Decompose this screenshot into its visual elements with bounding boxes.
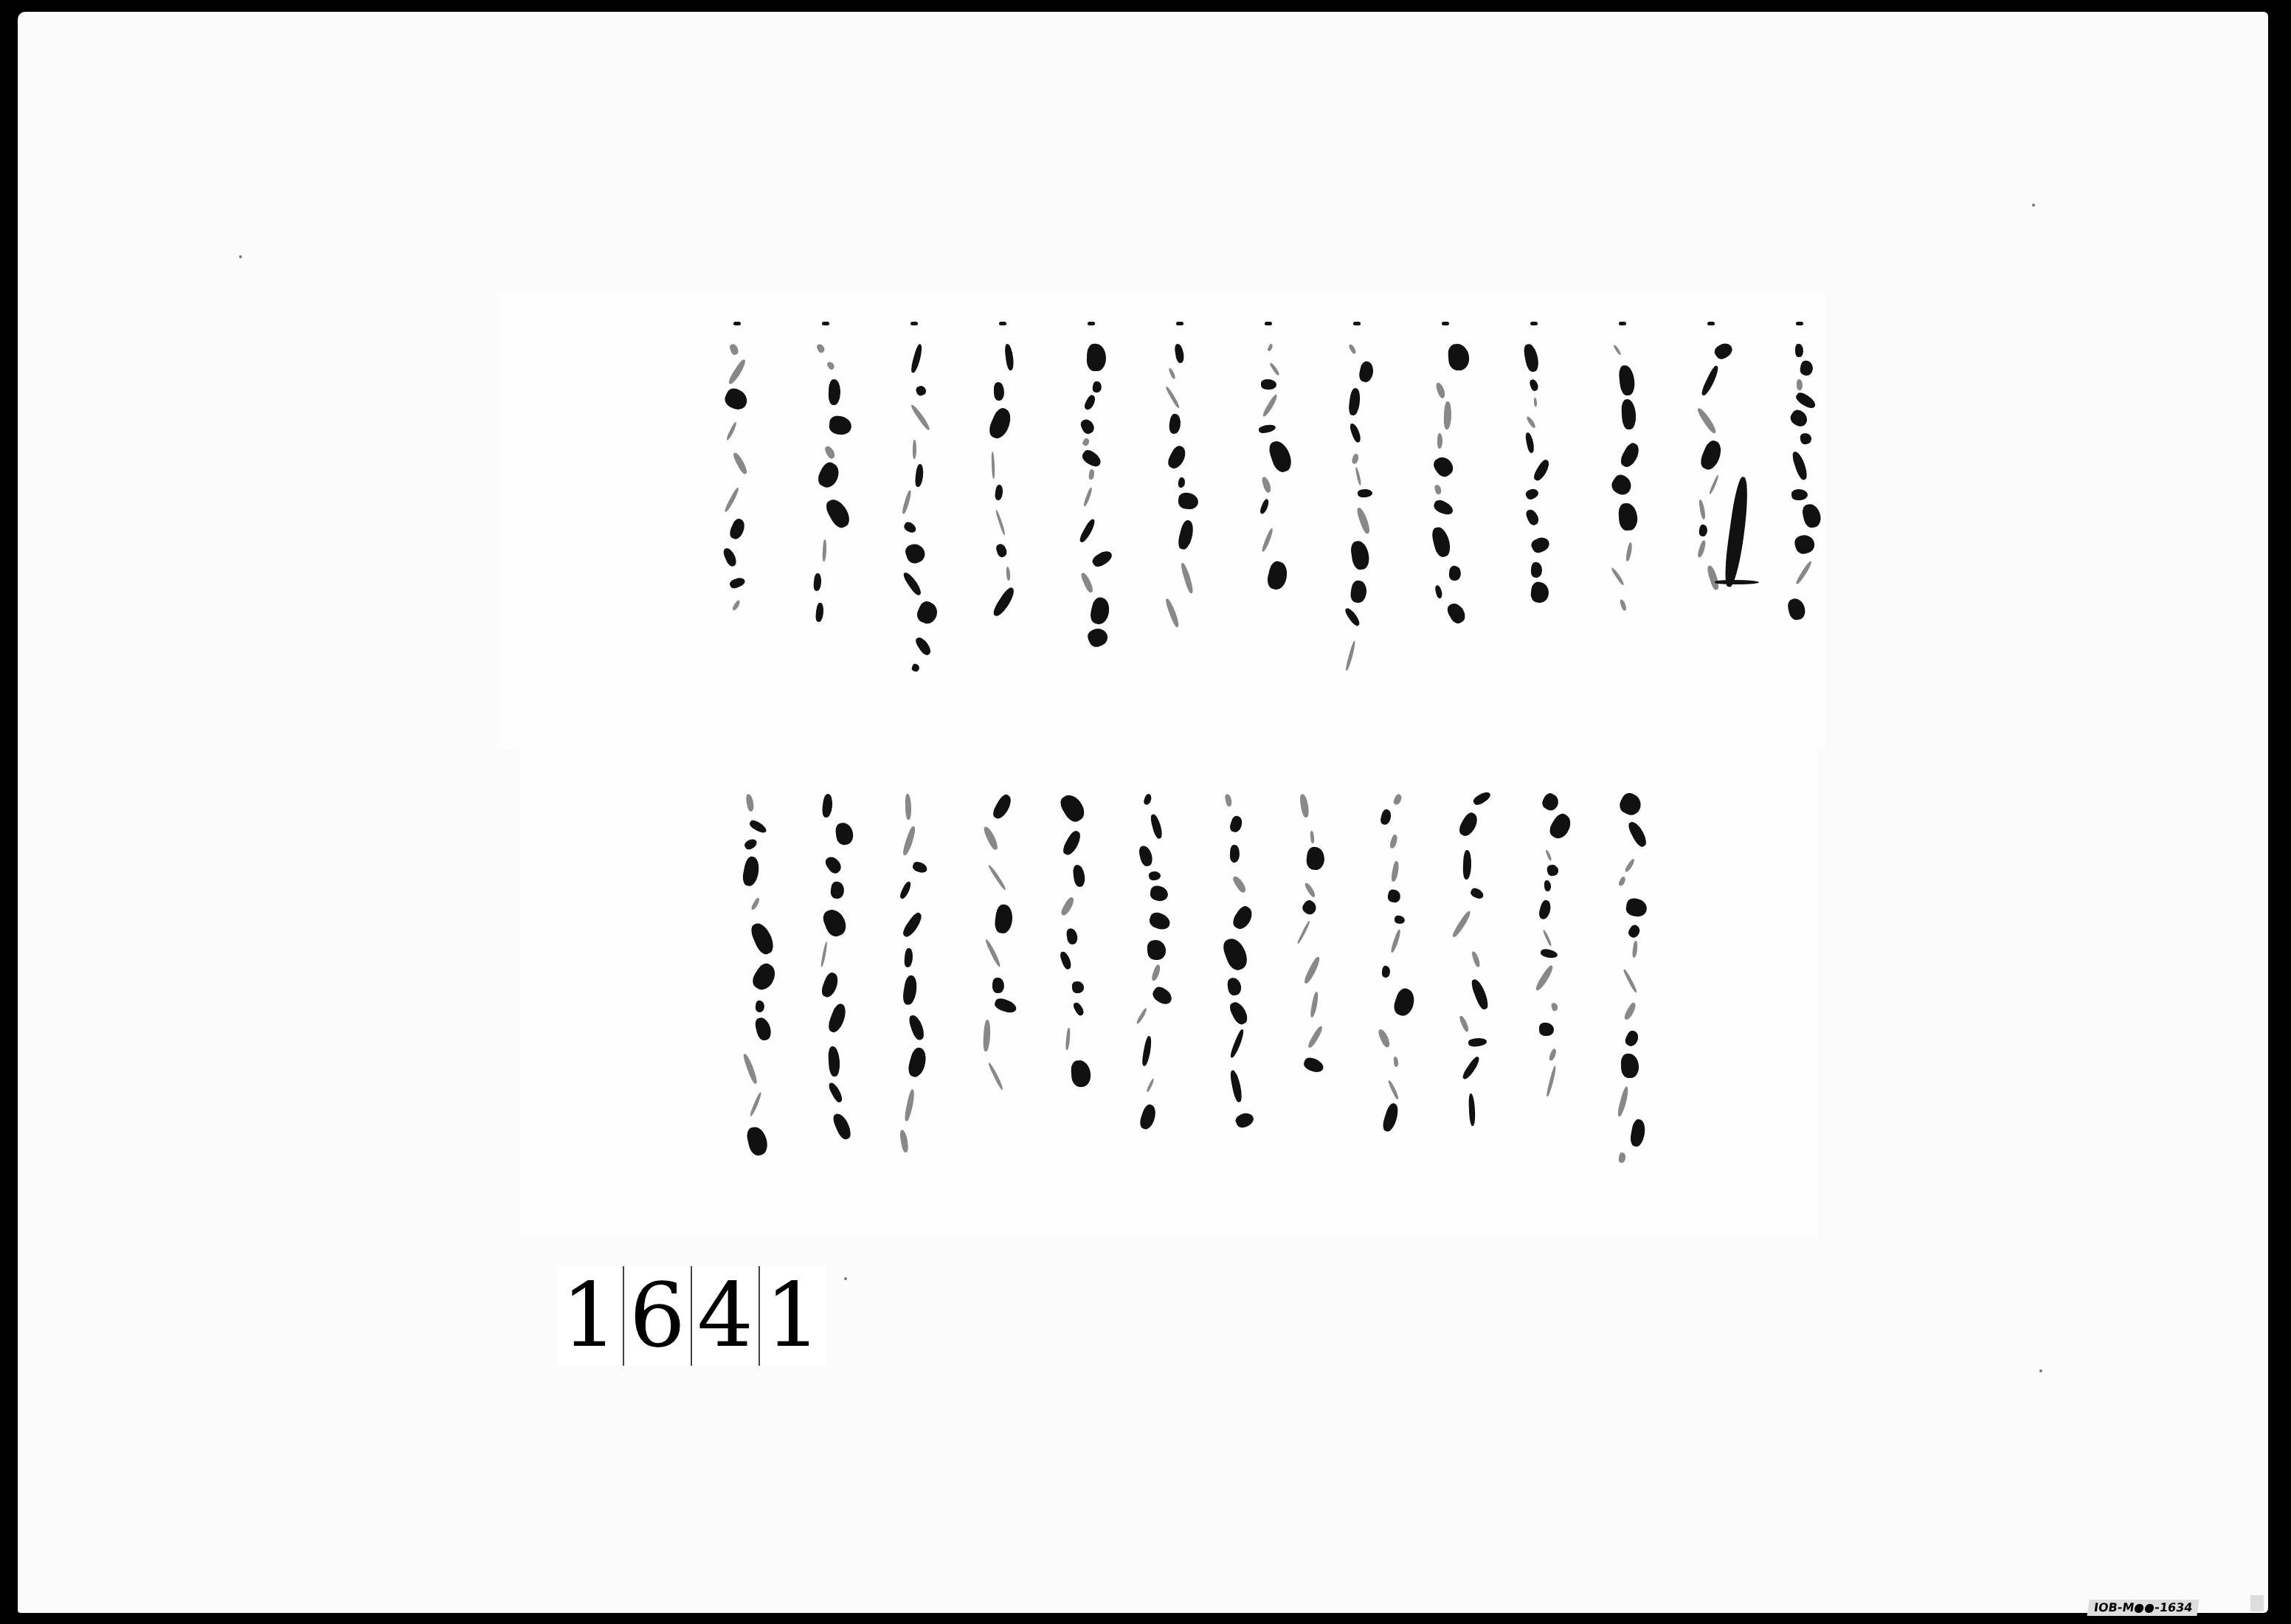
calligraphy-stroke	[1530, 581, 1550, 604]
calligraphy-stroke	[1164, 598, 1181, 628]
calligraphy-stroke	[1358, 488, 1373, 497]
calligraphy-stroke	[903, 1089, 916, 1122]
calligraphy-stroke	[748, 818, 768, 835]
upper-text-block	[497, 292, 1825, 750]
calligraphy-stroke	[732, 452, 749, 476]
calligraphy-stroke	[1229, 845, 1240, 863]
calligraphy-stroke	[1168, 413, 1182, 435]
calligraphy-stroke	[1310, 992, 1320, 1018]
calligraphy-stroke	[1443, 401, 1452, 429]
calligraphy-stroke	[1229, 1029, 1245, 1059]
column-bullet	[1353, 322, 1361, 325]
calligraphy-stroke	[1006, 567, 1011, 581]
calligraphy-stroke	[1611, 567, 1625, 586]
calligraphy-stroke	[991, 586, 1017, 618]
calligraphy-stroke	[1138, 1103, 1158, 1132]
calligraphy-stroke	[1451, 910, 1472, 939]
calligraphy-stroke	[1432, 498, 1455, 516]
calligraphy-stroke	[1136, 1007, 1148, 1024]
calligraphy-stroke	[906, 1046, 929, 1079]
calligraphy-stroke	[905, 794, 911, 820]
calligraphy-stroke	[1538, 899, 1553, 920]
calligraphy-stroke	[1791, 488, 1808, 500]
calligraphy-stroke	[915, 384, 927, 397]
calligraphy-stroke	[813, 573, 822, 592]
calligraphy-stroke	[982, 1019, 991, 1051]
column-bullet	[1088, 322, 1095, 325]
calligraphy-stroke	[1178, 492, 1200, 510]
calligraphy-stroke	[1618, 440, 1642, 469]
calligraphy-stroke	[1224, 793, 1232, 806]
calligraphy-stroke	[1468, 1037, 1487, 1048]
calligraphy-stroke	[1349, 422, 1363, 443]
calligraphy-stroke	[1147, 940, 1166, 961]
calligraphy-stroke	[724, 487, 741, 513]
calligraphy-stroke	[829, 881, 845, 899]
calligraphy-stroke	[1471, 950, 1481, 967]
calligraphy-stroke	[821, 793, 834, 818]
calligraphy-stroke	[1525, 432, 1535, 454]
title-glyph-tail	[1715, 580, 1759, 584]
calligraphy-stroke	[1547, 864, 1560, 877]
calligraphy-stroke	[986, 406, 1015, 441]
calligraphy-stroke	[902, 520, 918, 534]
calligraphy-stroke	[1174, 343, 1184, 363]
calligraphy-stroke	[1795, 560, 1813, 584]
calligraphy-stroke	[1088, 596, 1111, 626]
calligraphy-stroke	[1618, 1152, 1626, 1164]
calligraphy-stroke	[1004, 344, 1015, 371]
calligraphy-stroke	[899, 1130, 910, 1153]
calligraphy-stroke	[899, 880, 913, 899]
calligraphy-stroke	[904, 542, 927, 565]
calligraphy-stroke	[1625, 897, 1648, 918]
calligraphy-stroke	[1149, 885, 1169, 902]
calligraphy-stroke	[1092, 381, 1102, 393]
calligraphy-stroke	[1230, 904, 1256, 933]
calligraphy-stroke	[1626, 819, 1648, 848]
calligraphy-stroke	[994, 382, 1004, 401]
calligraphy-stroke	[820, 907, 849, 940]
calligraphy-stroke	[1788, 407, 1810, 429]
calligraphy-stroke	[1696, 407, 1718, 435]
calligraphy-stroke	[816, 343, 826, 354]
column-bullet	[822, 322, 829, 325]
calligraphy-stroke	[1138, 844, 1154, 867]
calligraphy-stroke	[828, 1046, 840, 1077]
calligraphy-stroke	[1623, 1002, 1637, 1021]
calligraphy-stroke	[1623, 969, 1637, 993]
calligraphy-stroke	[828, 379, 841, 404]
calligraphy-stroke	[834, 822, 854, 846]
calligraphy-stroke	[1261, 528, 1274, 553]
calligraphy-stroke	[823, 854, 843, 875]
calligraphy-stroke	[1448, 343, 1470, 370]
calligraphy-stroke	[910, 404, 931, 432]
calligraphy-stroke	[728, 359, 748, 385]
calligraphy-stroke	[1073, 865, 1087, 888]
calligraphy-stroke	[1347, 387, 1361, 415]
calligraphy-stroke	[995, 485, 1004, 501]
calligraphy-stroke	[1299, 793, 1310, 818]
calligraphy-stroke	[1348, 343, 1357, 354]
column-bullet	[733, 322, 741, 325]
frame-digit: 4	[692, 1266, 760, 1366]
calligraphy-stroke	[1629, 1119, 1647, 1147]
calligraphy-stroke	[1072, 1001, 1085, 1017]
calligraphy-stroke	[1786, 597, 1807, 621]
calligraphy-stroke	[722, 386, 750, 412]
calligraphy-stroke	[1083, 394, 1097, 411]
calligraphy-stroke	[1625, 542, 1633, 562]
calligraphy-stroke	[1469, 886, 1485, 900]
calligraphy-stroke	[1176, 519, 1195, 550]
calligraphy-stroke	[1794, 390, 1817, 410]
calligraphy-stroke	[1265, 559, 1290, 591]
calligraphy-stroke	[1462, 850, 1472, 880]
calligraphy-stroke	[1801, 502, 1822, 529]
calligraphy-stroke	[1621, 1054, 1639, 1078]
calligraphy-stroke	[1529, 379, 1539, 392]
calligraphy-stroke	[750, 897, 761, 911]
calligraphy-stroke	[819, 971, 840, 1000]
calligraphy-stroke	[1540, 949, 1558, 959]
calligraphy-stroke	[1079, 417, 1096, 435]
calligraphy-stroke	[743, 837, 759, 851]
calligraphy-stroke	[1797, 379, 1803, 390]
column-bullet	[999, 322, 1006, 325]
column-bullet	[1442, 322, 1449, 325]
calligraphy-stroke	[1459, 1015, 1470, 1033]
calligraphy-stroke	[1624, 1029, 1641, 1047]
calligraphy-stroke	[1228, 1000, 1250, 1026]
calligraphy-stroke	[992, 978, 1004, 994]
calligraphy-stroke	[1699, 500, 1706, 519]
calligraphy-stroke	[910, 663, 919, 672]
calligraphy-stroke	[725, 421, 738, 441]
calligraphy-stroke	[1699, 524, 1708, 536]
calligraphy-stroke	[1057, 791, 1088, 825]
calligraphy-stroke	[1713, 340, 1735, 362]
calligraphy-stroke	[1706, 564, 1720, 591]
calligraphy-stroke	[1307, 1025, 1324, 1048]
calligraphy-stroke	[831, 1111, 853, 1141]
calligraphy-stroke	[1539, 1023, 1555, 1037]
calligraphy-stroke	[1540, 791, 1561, 813]
calligraphy-stroke	[1310, 831, 1314, 843]
calligraphy-stroke	[1626, 924, 1642, 940]
calligraphy-stroke	[755, 1001, 764, 1013]
calligraphy-stroke	[994, 904, 1015, 935]
calligraphy-stroke	[1350, 539, 1371, 570]
calligraphy-stroke	[1391, 987, 1417, 1018]
calligraphy-stroke	[1258, 423, 1276, 434]
calligraphy-stroke	[728, 576, 746, 590]
calligraphy-stroke	[1260, 477, 1271, 494]
calligraphy-stroke	[1302, 956, 1322, 985]
calligraphy-stroke	[1608, 472, 1635, 498]
calligraphy-stroke	[742, 1053, 758, 1085]
calligraphy-stroke	[1431, 525, 1452, 559]
calligraphy-stroke	[1632, 941, 1639, 958]
calligraphy-stroke	[1168, 367, 1176, 380]
calligraphy-stroke	[995, 509, 1006, 536]
calligraphy-stroke	[1082, 487, 1093, 507]
calligraphy-stroke	[1087, 343, 1107, 371]
calligraphy-stroke	[1080, 571, 1095, 594]
calligraphy-stroke	[1229, 1070, 1243, 1103]
calligraphy-stroke	[1468, 1093, 1476, 1126]
calligraphy-stroke	[913, 635, 933, 657]
calligraphy-stroke	[995, 543, 1009, 559]
calligraphy-stroke	[1166, 444, 1189, 471]
calligraphy-stroke	[901, 911, 925, 939]
calligraphy-stroke	[1551, 1002, 1559, 1012]
calligraphy-stroke	[745, 793, 755, 812]
calligraphy-stroke	[1437, 432, 1442, 448]
calligraphy-stroke	[1457, 811, 1481, 839]
calligraphy-stroke	[901, 975, 919, 1006]
calligraphy-stroke	[1530, 562, 1543, 578]
calligraphy-stroke	[1061, 829, 1084, 857]
calligraphy-stroke	[1378, 1029, 1392, 1049]
calligraphy-stroke	[1617, 876, 1627, 887]
calligraphy-stroke	[826, 360, 836, 370]
calligraphy-stroke	[1148, 870, 1161, 880]
calligraphy-stroke	[1618, 364, 1636, 396]
calligraphy-stroke	[991, 452, 995, 479]
calligraphy-stroke	[741, 855, 761, 887]
calligraphy-stroke	[1231, 874, 1248, 894]
calligraphy-stroke	[1522, 343, 1540, 373]
calligraphy-stroke	[1393, 1057, 1398, 1067]
frame-digit: 6	[624, 1266, 692, 1366]
calligraphy-stroke	[829, 415, 852, 435]
calligraphy-stroke	[913, 440, 916, 459]
calligraphy-stroke	[1531, 458, 1551, 483]
calligraphy-stroke	[914, 463, 925, 487]
calligraphy-stroke	[1141, 1035, 1154, 1066]
calligraphy-stroke	[1534, 398, 1538, 407]
calligraphy-stroke	[1434, 484, 1442, 495]
calligraphy-stroke	[1624, 858, 1636, 873]
calligraphy-stroke	[1180, 562, 1195, 595]
calligraphy-stroke	[1150, 985, 1175, 1008]
calligraphy-stroke	[753, 1017, 772, 1043]
calligraphy-stroke	[1088, 469, 1095, 480]
calligraphy-stroke	[1524, 487, 1540, 501]
calligraphy-stroke	[1534, 964, 1555, 992]
calligraphy-stroke	[1304, 881, 1316, 897]
calligraphy-stroke	[1525, 415, 1536, 429]
calligraphy-stroke	[1617, 1085, 1631, 1116]
calligraphy-stroke	[1080, 448, 1104, 469]
calligraphy-stroke	[1394, 915, 1405, 924]
calligraphy-stroke	[1150, 813, 1164, 840]
calligraphy-stroke	[1390, 929, 1402, 953]
calligraphy-stroke	[1700, 364, 1721, 397]
calligraphy-stroke	[1072, 981, 1085, 994]
calligraphy-stroke	[1381, 966, 1391, 978]
calligraphy-stroke	[1545, 849, 1552, 861]
calligraphy-stroke	[1795, 344, 1803, 357]
calligraphy-stroke	[910, 343, 925, 373]
calligraphy-stroke	[1800, 432, 1813, 445]
calligraphy-stroke	[1618, 502, 1638, 531]
calligraphy-stroke	[1234, 1110, 1256, 1130]
calligraphy-stroke	[1431, 454, 1456, 480]
document-sheet: 1 6 4 1	[18, 12, 2268, 1613]
calligraphy-stroke	[911, 860, 928, 874]
calligraphy-stroke	[1448, 565, 1462, 581]
calligraphy-stroke	[1698, 438, 1724, 471]
column-bullet	[1707, 322, 1715, 325]
calligraphy-stroke	[1390, 861, 1400, 882]
calligraphy-stroke	[1302, 1056, 1325, 1074]
calligraphy-stroke	[1709, 474, 1720, 494]
calligraphy-stroke	[1090, 548, 1114, 570]
calligraphy-stroke	[982, 826, 999, 851]
calligraphy-stroke	[822, 539, 827, 562]
frame-digit: 1	[556, 1266, 624, 1366]
calligraphy-stroke	[1445, 601, 1468, 626]
calligraphy-stroke	[1545, 1065, 1557, 1097]
calligraphy-stroke	[1269, 362, 1280, 376]
calligraphy-stroke	[901, 490, 912, 515]
calligraphy-stroke	[1143, 793, 1153, 806]
calligraphy-stroke	[1220, 935, 1250, 972]
calligraphy-stroke	[1078, 517, 1097, 543]
lower-text-block	[519, 750, 1818, 1237]
speck	[2032, 204, 2035, 207]
calligraphy-stroke	[1793, 533, 1817, 556]
calligraphy-stroke	[1345, 640, 1358, 671]
calligraphy-stroke	[1356, 507, 1372, 535]
calligraphy-stroke	[1059, 950, 1073, 971]
column-bullet	[1619, 322, 1626, 325]
calligraphy-stroke	[827, 1081, 844, 1103]
calligraphy-stroke	[823, 496, 854, 531]
calligraphy-stroke	[1066, 927, 1079, 945]
calligraphy-stroke	[1147, 911, 1172, 931]
calligraphy-stroke	[1165, 386, 1181, 409]
calligraphy-stroke	[1697, 539, 1707, 558]
speck	[2039, 1369, 2042, 1372]
calligraphy-stroke	[749, 920, 777, 956]
calligraphy-stroke	[1617, 790, 1644, 818]
calligraphy-stroke	[1228, 815, 1243, 834]
calligraphy-stroke	[1301, 898, 1319, 916]
calligraphy-stroke	[987, 1062, 1003, 1091]
calligraphy-stroke	[1145, 1078, 1155, 1093]
calligraphy-stroke	[1260, 379, 1276, 390]
column-bullet	[910, 322, 918, 325]
calligraphy-stroke	[1344, 607, 1361, 627]
calligraphy-stroke	[1259, 499, 1270, 515]
calligraphy-stroke	[914, 599, 941, 627]
calligraphy-stroke	[722, 547, 739, 568]
calligraphy-stroke	[1226, 977, 1242, 996]
calligraphy-stroke	[750, 961, 780, 993]
calligraphy-stroke	[1791, 450, 1809, 481]
calligraphy-stroke	[990, 792, 1015, 821]
calligraphy-stroke	[820, 941, 828, 967]
calligraphy-stroke	[1434, 585, 1443, 600]
calligraphy-stroke	[1178, 477, 1186, 488]
calligraphy-stroke	[1387, 1079, 1399, 1099]
calligraphy-stroke	[823, 445, 836, 460]
calligraphy-stroke	[1296, 920, 1311, 944]
calligraphy-stroke	[1267, 343, 1274, 351]
calligraphy-stroke	[1542, 929, 1552, 946]
calligraphy-stroke	[1082, 438, 1091, 447]
calligraphy-stroke	[1349, 580, 1367, 604]
calligraphy-stroke	[1472, 789, 1492, 806]
calligraphy-stroke	[1469, 978, 1490, 1011]
calligraphy-stroke	[815, 460, 842, 490]
calligraphy-stroke	[1150, 964, 1162, 982]
film-strip-label: IOB-M●●-1634	[2087, 1600, 2199, 1616]
frame-number: 1 6 4 1	[556, 1266, 826, 1366]
calligraphy-stroke	[1389, 834, 1399, 849]
calligraphy-stroke	[1266, 438, 1294, 474]
speck	[239, 255, 242, 258]
calligraphy-stroke	[745, 1125, 770, 1158]
calligraphy-stroke	[1358, 360, 1375, 383]
calligraphy-stroke	[1065, 1028, 1071, 1050]
calligraphy-stroke	[902, 825, 917, 856]
calligraphy-stroke	[1305, 846, 1325, 870]
calligraphy-stroke	[1621, 399, 1637, 430]
column-bullet	[1176, 322, 1183, 325]
calligraphy-stroke	[984, 938, 1002, 967]
calligraphy-stroke	[1392, 793, 1403, 806]
calligraphy-stroke	[1547, 811, 1575, 842]
calligraphy-stroke	[1070, 1060, 1091, 1088]
calligraphy-stroke	[1059, 896, 1076, 918]
calligraphy-stroke	[1086, 626, 1110, 649]
calligraphy-stroke	[1524, 508, 1541, 527]
calligraphy-stroke	[1613, 344, 1623, 356]
column-bullet	[1530, 322, 1538, 325]
calligraphy-stroke	[728, 517, 747, 542]
film-strip-tab	[2250, 1595, 2264, 1611]
calligraphy-stroke	[728, 343, 739, 356]
column-bullet	[1796, 322, 1803, 325]
calligraphy-stroke	[1379, 808, 1393, 826]
calligraphy-stroke	[815, 602, 825, 622]
speck	[844, 1277, 847, 1280]
calligraphy-stroke	[1461, 1055, 1482, 1080]
calligraphy-stroke	[1435, 381, 1447, 399]
calligraphy-stroke	[987, 864, 1006, 891]
calligraphy-stroke	[1620, 599, 1628, 612]
frame-digit: 1	[760, 1266, 826, 1366]
column-bullet	[1265, 322, 1272, 325]
calligraphy-stroke	[994, 996, 1018, 1014]
calligraphy-stroke	[1381, 1102, 1401, 1133]
calligraphy-stroke	[826, 1002, 849, 1034]
calligraphy-stroke	[902, 570, 923, 597]
calligraphy-stroke	[749, 1091, 762, 1116]
calligraphy-stroke	[1544, 880, 1552, 891]
calligraphy-stroke	[1387, 888, 1402, 904]
calligraphy-stroke	[1355, 467, 1361, 486]
calligraphy-stroke	[908, 1014, 926, 1042]
calligraphy-stroke	[1351, 453, 1360, 464]
calligraphy-stroke	[1262, 394, 1279, 418]
calligraphy-stroke	[731, 599, 741, 611]
